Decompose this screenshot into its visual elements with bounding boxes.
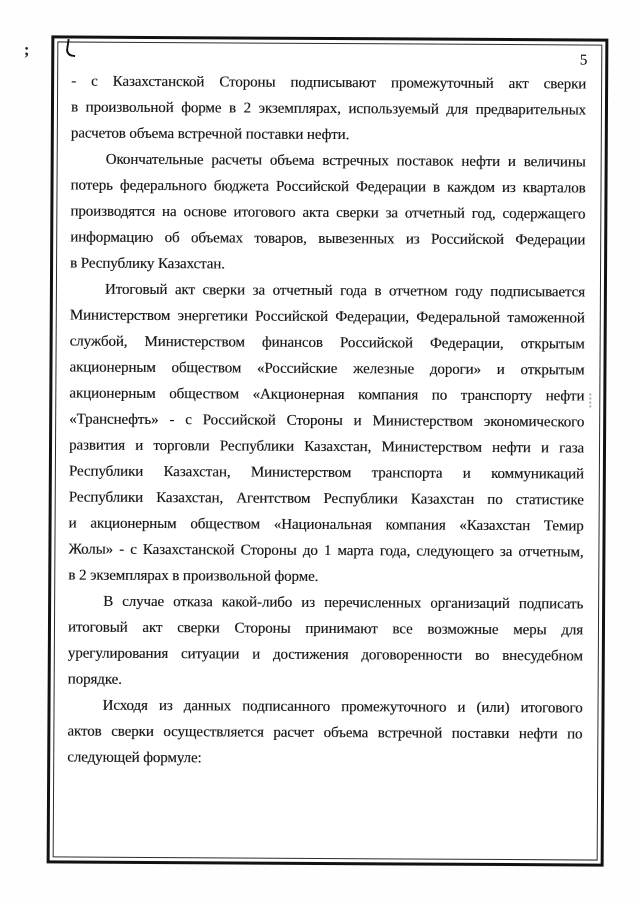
text-line: развития и торговли Республики Казахстан… [69,433,584,462]
text-line: службой, Министерством финансов Российск… [70,329,585,358]
document-page: ; 5 - с Казахстанской Стороны подписываю… [0,0,640,905]
page-border-inner: 5 - с Казахстанской Стороны подписывают … [53,41,603,860]
corner-scan-artifact [65,39,77,57]
page-border-outer: 5 - с Казахстанской Стороны подписывают … [47,35,609,866]
text-line: Жолы» - с Казахстанской Стороны до 1 мар… [68,537,583,566]
text-line: и акционерным обществом «Национальная ко… [69,511,584,540]
text-line: в произвольной форме в 2 экземплярах, ис… [71,95,586,124]
text-line: итоговый акт сверки Стороны принимают вс… [68,615,583,644]
text-line: производятся на основе итогового акта св… [70,199,585,228]
margin-scan-artifact: ; [24,42,29,61]
text-line: в 2 экземплярах в произвольной форме. [68,563,583,592]
text-line: Республики Казахстан, Министерством тран… [69,459,584,488]
text-line: - с Казахстанской Стороны подписывают пр… [71,69,586,98]
text-line: акционерным обществом «Акционерная компа… [69,381,584,410]
text-line: потерь федерального бюджета Российской Ф… [70,173,585,202]
text-line: информацию об объемах товаров, вывезенны… [70,225,585,254]
text-line: в Республику Казахстан. [70,251,585,280]
document-text: - с Казахстанской Стороны подписывают пр… [54,68,601,773]
text-line: Итоговый акт сверки за отчетный года в о… [70,277,585,306]
text-line: «Транснефть» - с Российской Стороны и Ми… [69,407,584,436]
text-line: актов сверки осуществляется расчет объем… [67,719,582,748]
text-line: следующей формуле: [67,745,582,774]
text-line: Министерством энергетики Российской Феде… [70,303,585,332]
text-line: Окончательные расчеты объема встречных п… [71,147,586,176]
text-line: акционерным обществом «Российские железн… [69,355,584,384]
text-line: урегулирования ситуации и достижения дог… [68,641,583,670]
text-line: порядке. [68,667,583,696]
text-line: В случае отказа какой-либо из перечислен… [68,589,583,618]
page-number: 5 [580,52,588,69]
text-line: Республики Казахстан, Агентством Республ… [69,485,584,514]
text-line: Исходя из данных подписанного промежуточ… [67,693,582,722]
text-line: расчетов объема встречной поставки нефти… [71,121,586,150]
